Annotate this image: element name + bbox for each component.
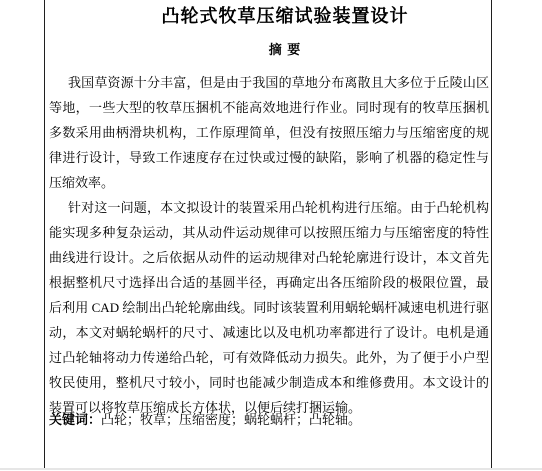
abstract-heading: 摘 要	[49, 42, 521, 58]
abstract-paragraph: 针对这一问题，本文拟设计的装置采用凸轮机构进行压缩。由于凸轮机构能实现多种复杂运…	[49, 195, 489, 420]
keywords-text: 凸轮；牧草；压缩密度；蜗轮蜗杆；凸轮轴。	[101, 412, 361, 427]
page-bottom-edge	[0, 468, 542, 470]
abstract-body: 我国草资源十分丰富，但是由于我国的草地分布离散且大多位于丘陵山区等地，一些大型的…	[49, 70, 489, 420]
page-title: 凸轮式牧草压缩试验装置设计	[49, 0, 521, 27]
document-page: 凸轮式牧草压缩试验装置设计 摘 要 我国草资源十分丰富，但是由于我国的草地分布离…	[0, 0, 542, 471]
text-boundary-left	[44, 0, 45, 468]
keywords-label: 关键词：	[49, 412, 101, 427]
text-boundary-right	[491, 0, 492, 468]
keywords-line: 关键词：凸轮；牧草；压缩密度；蜗轮蜗杆；凸轮轴。	[49, 407, 489, 432]
abstract-paragraph: 我国草资源十分丰富，但是由于我国的草地分布离散且大多位于丘陵山区等地，一些大型的…	[49, 70, 489, 195]
heading-area: 凸轮式牧草压缩试验装置设计 摘 要	[49, 0, 521, 58]
